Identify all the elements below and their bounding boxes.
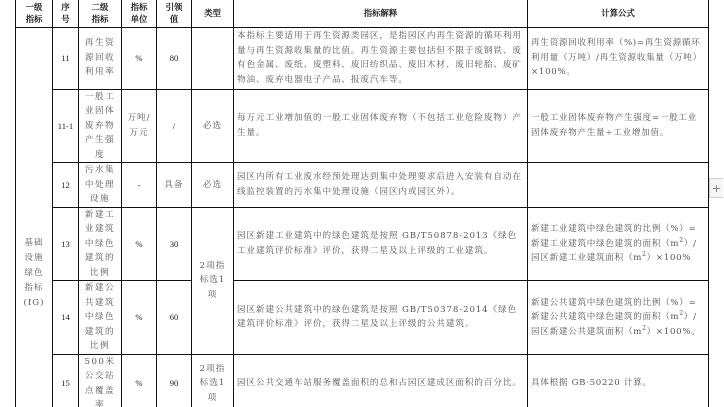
row-ref-value: 90	[157, 354, 192, 407]
row-ref-value: 30	[157, 207, 192, 281]
row-indicator-name: 新建工业建筑中绿色建筑的比例	[79, 207, 122, 281]
row-unit: 万吨/万元	[122, 89, 157, 163]
row-explanation: 园区新建公共建筑中的绿色建筑是按照 GB/T50378-2014《绿色建筑评价标…	[234, 281, 528, 355]
row-indicator-name: 新建公共建筑中绿色建筑的比例	[79, 281, 122, 355]
formula-text: ）×100%。	[647, 327, 701, 337]
group-cell	[16, 27, 53, 407]
table-row: 14 新建公共建筑中绿色建筑的比例 % 60 园区新建公共建筑中的绿色建筑是按照…	[16, 281, 709, 355]
row-seq: 15	[53, 354, 79, 407]
table-row: 13 新建工业建筑中绿色建筑的比例 % 30 2项指标选1项 园区新建工业建筑中…	[16, 207, 709, 281]
header-seq: 序 号	[53, 0, 79, 27]
row-seq: 12	[53, 163, 79, 208]
row-seq: 13	[53, 207, 79, 281]
indicator-table: 一级 指标 序 号 二级 指标 指标 单位 引领 值 类型 指标解释 计算公式 …	[15, 0, 709, 407]
row-formula: 新建工业建筑中绿色建筑的比例（%）=新建工业建筑中绿色建筑的面积（m2）/园区新…	[528, 207, 709, 281]
row-seq: 11	[53, 27, 79, 89]
table-row: 12 污水集中处理设施 - 具备 必选 园区内所有工业废水经预处理达到集中处理要…	[16, 163, 709, 208]
row-type: 必选	[192, 163, 234, 208]
row-type: 2项指标选1项	[192, 207, 234, 354]
header-type: 类型	[192, 0, 234, 27]
row-unit: %	[122, 27, 157, 89]
row-explanation: 每万元工业增加值的一般工业固体废弃物（不包括工业危险废物）产生量。	[234, 89, 528, 163]
row-indicator-name: 500米公交站点覆盖率	[79, 354, 122, 407]
header-formula: 计算公式	[528, 0, 709, 27]
row-explanation: 园区新建工业建筑中的绿色建筑是按照 GB/T50878-2013《绿色工业建筑评…	[234, 207, 528, 281]
row-ref-value: 80	[157, 27, 192, 89]
row-formula: 再生资源回收利用率（%)=再生资源循环利用量（万吨）/再生资源收集量（万吨）×1…	[528, 27, 709, 89]
header-explanation: 指标解释	[234, 0, 528, 27]
formula-text: 新建公共建筑中绿色建筑的比例（%）=新建公共建筑中绿色建筑的面积（m	[531, 298, 696, 323]
row-unit: -	[122, 163, 157, 208]
row-unit: %	[122, 354, 157, 407]
row-ref-value: 具备	[157, 163, 192, 208]
row-unit: %	[122, 281, 157, 355]
table-row: 11-1 一般工业固体废弃物产生强度 万吨/万元 / 必选 每万元工业增加值的一…	[16, 89, 709, 163]
group-label: 基础 设施 绿色 指标 (IG)	[16, 236, 52, 311]
table-row: 15 500米公交站点覆盖率 % 90 2项指标选1项 园区公共交通车站服务覆盖…	[16, 354, 709, 407]
row-unit: %	[122, 207, 157, 281]
row-formula: 具体根据 GB·50220 计算。	[528, 354, 709, 407]
row-formula: 新建公共建筑中绿色建筑的比例（%）=新建公共建筑中绿色建筑的面积（m2）/园区新…	[528, 281, 709, 355]
header-row: 一级 指标 序 号 二级 指标 指标 单位 引领 值 类型 指标解释 计算公式	[16, 0, 709, 27]
row-formula: 一般工业固体废弃物产生强度=一般工业固体废弃物产生量÷工业增加值。	[528, 89, 709, 163]
row-ref-value: /	[157, 89, 192, 163]
row-type	[192, 27, 234, 89]
row-seq: 11-1	[53, 89, 79, 163]
table-row: 11 再生资源回收利用率 % 80 本指标主要适用于再生资源类园区，是指园区内再…	[16, 27, 709, 89]
formula-text: ）×100%	[647, 253, 692, 263]
add-row-button[interactable]: +	[709, 178, 723, 198]
row-ref-value: 60	[157, 281, 192, 355]
row-indicator-name: 一般工业固体废弃物产生强度	[79, 89, 122, 163]
row-explanation: 园区内所有工业废水经预处理达到集中处理要求后进入安装有自动在线监控装置的污水集中…	[234, 163, 528, 208]
header-level1: 一级 指标	[16, 0, 53, 27]
row-indicator-name: 再生资源回收利用率	[79, 27, 122, 89]
row-type: 必选	[192, 89, 234, 163]
row-explanation: 本指标主要适用于再生资源类园区，是指园区内再生资源的循环利用量与再生资源收集量的…	[234, 27, 528, 89]
header-unit: 指标 单位	[122, 0, 157, 27]
row-seq: 14	[53, 281, 79, 355]
header-ref-value: 引领 值	[157, 0, 192, 27]
formula-text: 新建工业建筑中绿色建筑的比例（%）=新建工业建筑中绿色建筑的面积（m	[531, 224, 696, 249]
row-explanation: 园区公共交通车站服务覆盖面积的总和占园区建成区面积的百分比。	[234, 354, 528, 407]
row-indicator-name: 污水集中处理设施	[79, 163, 122, 208]
row-type: 2项指标选1项	[192, 354, 234, 407]
row-formula	[528, 163, 709, 208]
header-level2: 二级 指标	[79, 0, 122, 27]
